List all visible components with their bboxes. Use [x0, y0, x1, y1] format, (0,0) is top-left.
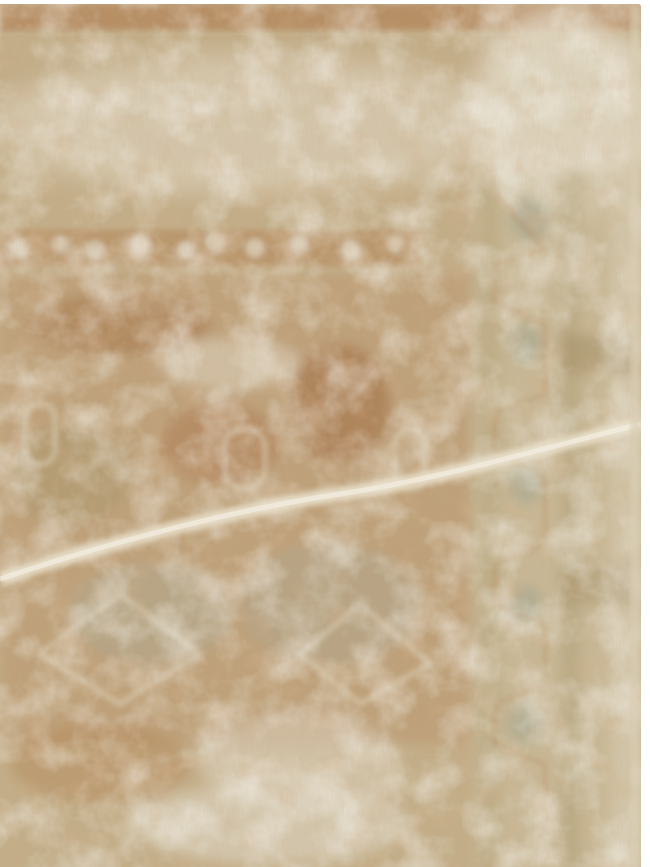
rug-photograph [0, 0, 650, 867]
rug [0, 4, 641, 867]
rug-texture [0, 4, 641, 867]
